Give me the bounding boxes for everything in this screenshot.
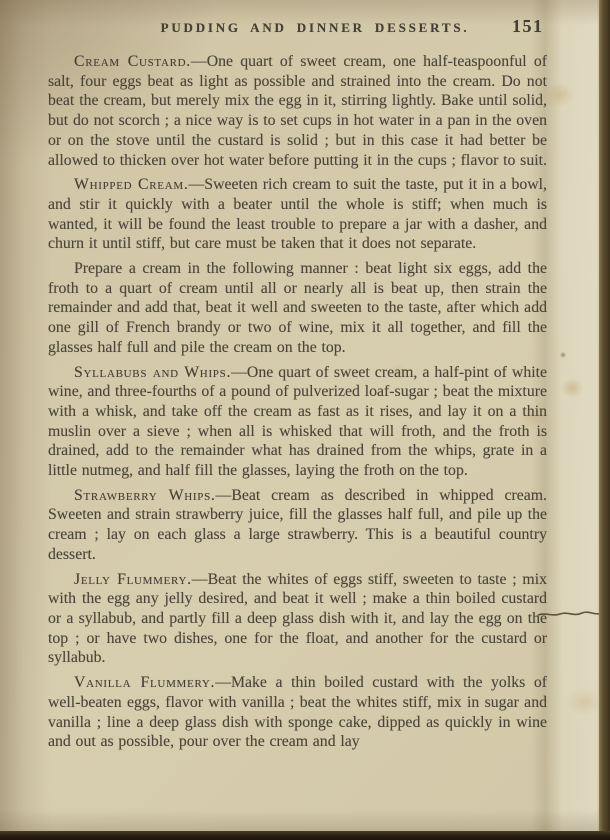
page-bottom-edge (0, 831, 610, 840)
recipe-paragraph: Strawberry Whips.—Beat cream as describe… (48, 486, 547, 565)
recipe-heading: Syllabubs and Whips. (74, 364, 231, 381)
recipe-text: Prepare a cream in the following manner … (48, 260, 547, 356)
recipe-heading: Cream Custard. (74, 53, 191, 70)
page-number: 151 (512, 16, 556, 37)
book-page-scan: PUDDING AND DINNER DESSERTS. 151 Cream C… (0, 0, 610, 840)
recipe-paragraph: Prepare a cream in the following manner … (48, 259, 547, 358)
running-head-title: PUDDING AND DINNER DESSERTS. (78, 20, 552, 36)
tear-mark (537, 607, 603, 621)
recipe-paragraph: Vanilla Flummery.—Make a thin boiled cus… (48, 673, 547, 752)
page-body: Cream Custard.—One quart of sweet cream,… (48, 52, 547, 757)
recipe-heading: Strawberry Whips. (74, 487, 216, 504)
recipe-paragraph: Syllabubs and Whips.—One quart of sweet … (48, 363, 547, 481)
recipe-heading: Vanilla Flummery. (74, 674, 215, 691)
page-right-edge (599, 0, 610, 840)
recipe-heading: Jelly Flummery. (74, 571, 192, 588)
recipe-heading: Whipped Cream. (74, 176, 188, 193)
recipe-paragraph: Whipped Cream.—Sweeten rich cream to sui… (48, 175, 547, 254)
recipe-paragraph: Jelly Flummery.—Beat the whites of eggs … (48, 570, 547, 669)
recipe-text: —One quart of sweet cream, one half-teas… (48, 53, 547, 169)
recipe-paragraph: Cream Custard.—One quart of sweet cream,… (48, 52, 547, 170)
